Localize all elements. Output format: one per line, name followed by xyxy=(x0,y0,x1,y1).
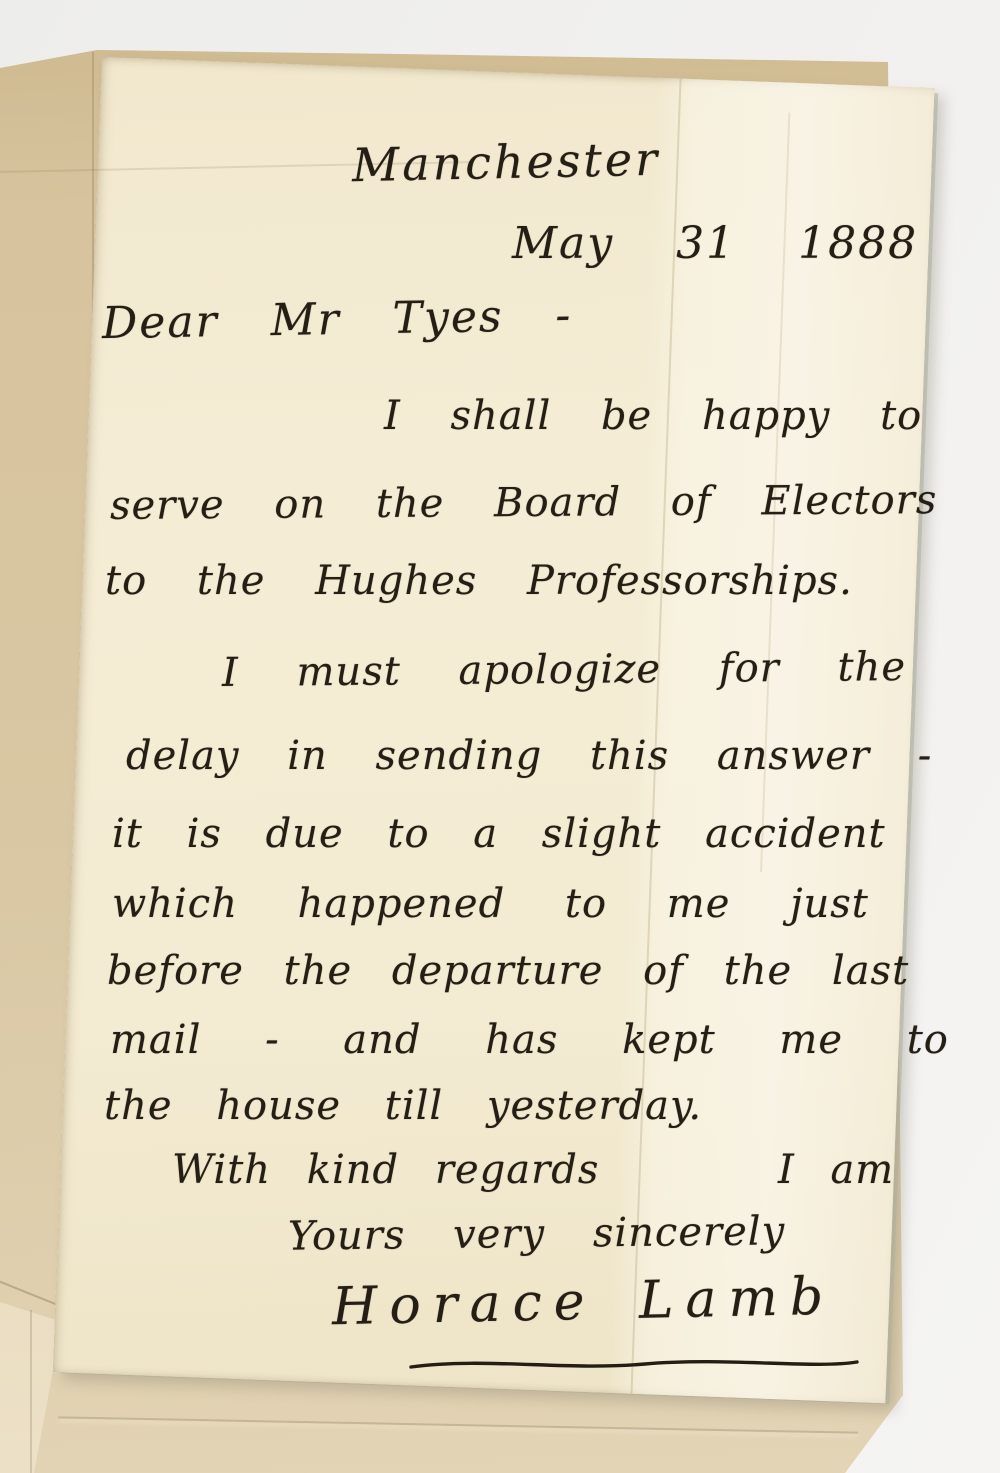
backing-sheet-left-crease xyxy=(30,1310,32,1473)
letter-body-line: mail - and has kept me to xyxy=(110,1019,949,1062)
letter-body-line: to the Hughes Professorships. xyxy=(105,560,853,603)
letter-body-line: it is due to a slight accident xyxy=(112,813,886,856)
letter-body-line: serve on the Board of Electors xyxy=(110,479,938,528)
letter-salutation: Dear Mr Tyes - xyxy=(102,292,573,348)
letter-closing-line: With kind regards I am xyxy=(172,1149,894,1192)
letter-body-line: I must apologize for the xyxy=(222,646,906,695)
letter-body-line: the house till yesterday. xyxy=(104,1085,702,1128)
letter-body-line: I shall be happy to xyxy=(384,395,922,438)
letter-body-line: before the departure of the last xyxy=(107,950,909,993)
letter-valediction: Yours very sincerely xyxy=(288,1210,786,1258)
letter-body-line: delay in sending this answer - xyxy=(126,735,932,778)
letter-body-line: which happened to me just xyxy=(112,883,869,926)
signature: Horace Lamb xyxy=(331,1269,835,1336)
letter-date: May 31 1888 xyxy=(512,220,918,268)
signature-flourish xyxy=(405,1350,865,1378)
letter-scan: Manchester May 31 1888 Dear Mr Tyes - I … xyxy=(0,0,1000,1473)
letter-place: Manchester xyxy=(352,135,661,191)
